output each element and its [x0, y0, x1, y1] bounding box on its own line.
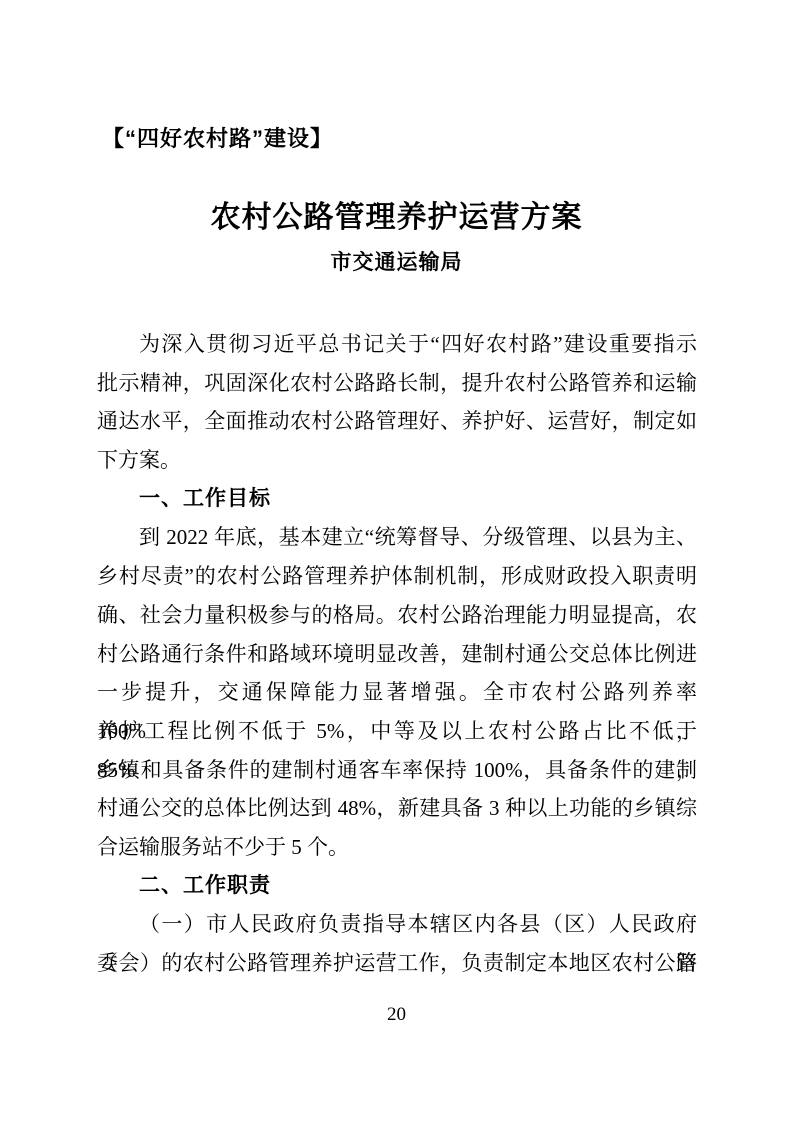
body-line: 到 2022 年底，基本建立“统筹督导、分级管理、以县为主、 [97, 518, 697, 557]
document-page: 【“四好农村路”建设】 农村公路管理养护运营方案 市交通运输局 为深入贯彻习近平… [0, 0, 793, 1122]
section-tag: 【“四好农村路”建设】 [102, 125, 333, 153]
body-line: 下方案。 [97, 441, 697, 480]
body-line: 合运输服务站不少于 5 个。 [97, 828, 697, 867]
document-body: 为深入贯彻习近平总书记关于“四好农村路”建设重要指示 批示精神，巩固深化农村公路… [97, 325, 697, 983]
body-line: 批示精神，巩固深化农村公路路长制，提升农村公路管养和运输 [97, 364, 697, 403]
section-heading: 一、工作目标 [97, 480, 697, 519]
body-line: 为深入贯彻习近平总书记关于“四好农村路”建设重要指示 [97, 325, 697, 364]
page-number: 20 [0, 1002, 793, 1028]
body-line: 村通公交的总体比例达到 48%，新建具备 3 种以上功能的乡镇综 [97, 789, 697, 828]
body-line: 委会）的农村公路管理养护运营工作，负责制定本地区农村公路 [97, 944, 697, 983]
body-line: （一）市人民政府负责指导本辖区内各县（区）人民政府（管 [97, 905, 697, 944]
document-author: 市交通运输局 [0, 248, 793, 276]
body-line: 通达水平，全面推动农村公路管理好、养护好、运营好，制定如 [97, 402, 697, 441]
body-line: 乡村尽责”的农村公路管理养护体制机制，形成财政投入职责明 [97, 557, 697, 596]
body-line: 村公路通行条件和路域环境明显改善，建制村通公交总体比例进 [97, 635, 697, 674]
body-line: 养护工程比例不低于 5%，中等及以上农村公路占比不低于 85%， [97, 712, 697, 751]
body-line: 确、社会力量积极参与的格局。农村公路治理能力明显提高，农 [97, 596, 697, 635]
body-line: 一步提升，交通保障能力显著增强。全市农村公路列养率 100%， [97, 673, 697, 712]
document-title: 农村公路管理养护运营方案 [0, 199, 793, 237]
body-line: 乡镇和具备条件的建制村通客车率保持 100%，具备条件的建制 [97, 751, 697, 790]
section-heading: 二、工作职责 [97, 867, 697, 906]
